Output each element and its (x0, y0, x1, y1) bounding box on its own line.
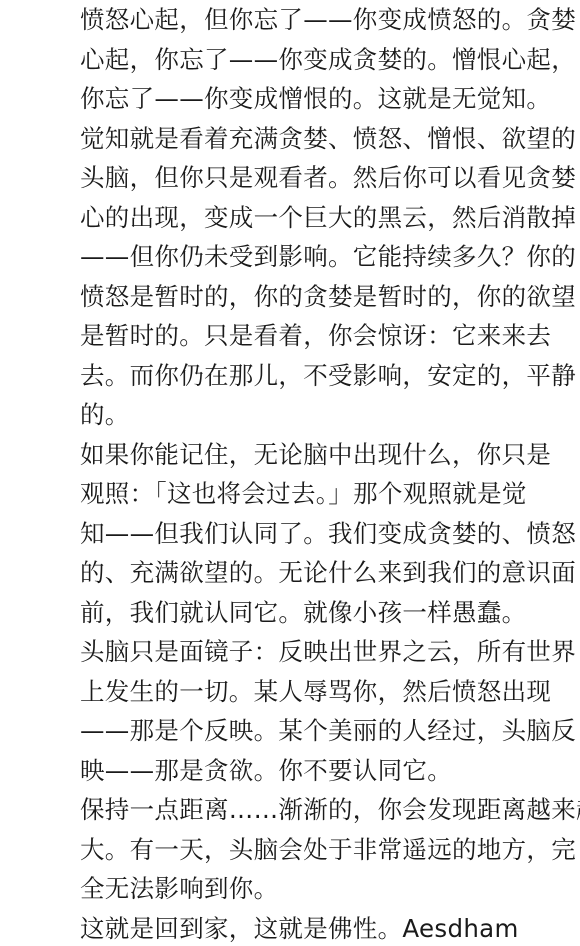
text-line: 保持一点距离……渐渐的，你会发现距离越来越 (80, 790, 580, 830)
text-line: 头脑只是面镜子：反映出世界之云，所有世界 (80, 632, 580, 672)
text-line: 愤怒是暂时的，你的贪婪是暂时的，你的欲望 (80, 277, 580, 317)
document-body: 愤怒心起，但你忘了——你变成愤怒的。贪婪 心起，你忘了——你变成贪婪的。憎恨心起… (80, 0, 580, 946)
text-line: ——那是个反映。某个美丽的人经过，头脑反 (80, 711, 580, 751)
text-line: 的。 (80, 395, 580, 435)
text-line: 是暂时的。只是看着，你会惊讶：它来来去 (80, 316, 580, 356)
text-line: 愤怒心起，但你忘了——你变成愤怒的。贪婪 (80, 0, 580, 40)
text-line: 上发生的一切。某人辱骂你，然后愤怒出现 (80, 672, 580, 712)
text-line: 觉知就是看着充满贪婪、愤怒、憎恨、欲望的 (80, 119, 580, 159)
text-line: 你忘了——你变成憎恨的。这就是无觉知。 (80, 79, 580, 119)
text-line: 心起，你忘了——你变成贪婪的。憎恨心起， (80, 40, 580, 80)
text-line: 前，我们就认同它。就像小孩一样愚蠢。 (80, 593, 580, 633)
text-line: 头脑，但你只是观看者。然后你可以看见贪婪 (80, 158, 580, 198)
text-line: 知——但我们认同了。我们变成贪婪的、愤怒 (80, 514, 580, 554)
text-line: 映——那是贪欲。你不要认同它。 (80, 751, 580, 791)
text-line: ——但你仍未受到影响。它能持续多久？你的 (80, 237, 580, 277)
text-line: 大。有一天，头脑会处于非常遥远的地方，完 (80, 830, 580, 870)
text-line: 这就是回到家，这就是佛性。Aesdham (80, 909, 580, 946)
text-line: 去。而你仍在那儿，不受影响，安定的，平静 (80, 356, 580, 396)
text-line: 如果你能记住，无论脑中出现什么，你只是 (80, 435, 580, 475)
text-line: 心的出现，变成一个巨大的黑云，然后消散掉 (80, 198, 580, 238)
text-line: 的、充满欲望的。无论什么来到我们的意识面 (80, 553, 580, 593)
text-line: 全无法影响到你。 (80, 869, 580, 909)
text-line: 观照：「这也将会过去。」那个观照就是觉 (80, 474, 580, 514)
